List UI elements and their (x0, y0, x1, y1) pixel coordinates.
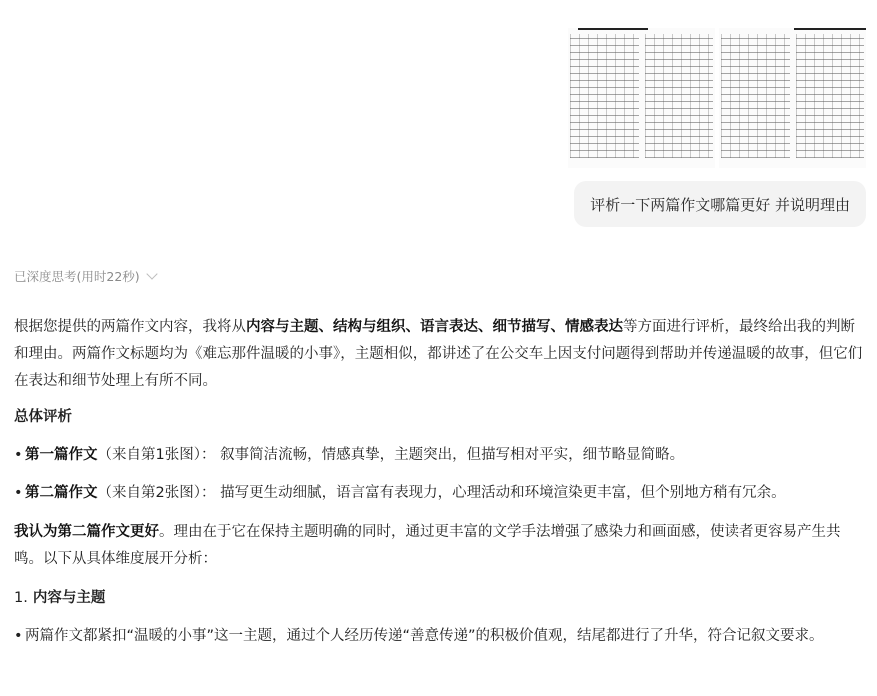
thinking-toggle[interactable]: 已深度思考(用时22秒) (14, 267, 156, 285)
essay-page (796, 34, 865, 158)
overall-heading: 总体评析 (14, 404, 864, 431)
scan-edge (578, 28, 648, 30)
attachments (556, 28, 866, 168)
bullet-icon: • (14, 480, 25, 507)
attachment-image-2[interactable] (719, 28, 866, 168)
intro-paragraph: 根据您提供的两篇作文内容，我将从内容与主题、结构与组织、语言表达、细节描写、情感… (14, 314, 864, 395)
bullet-icon: • (14, 623, 25, 650)
assistant-answer: 根据您提供的两篇作文内容，我将从内容与主题、结构与组织、语言表达、细节描写、情感… (14, 314, 864, 650)
user-message (556, 28, 866, 168)
essay-page (721, 34, 790, 158)
attachment-image-1[interactable] (568, 28, 715, 168)
chevron-down-icon (146, 268, 157, 279)
verdict-paragraph: 我认为第二篇作文更好。理由在于它在保持主题明确的同时，通过更丰富的文学手法增强了… (14, 519, 864, 573)
scan-edge (794, 28, 866, 30)
list-item: • 第二篇作文（来自第2张图）： 描写更生动细腻，语言富有表现力，心理活动和环境… (14, 480, 864, 507)
essay-page (645, 34, 714, 158)
bullet-icon: • (14, 442, 25, 469)
section-heading: 1. 内容与主题 (14, 585, 864, 612)
user-message-text: 评析一下两篇作文哪篇更好 并说明理由 (590, 194, 850, 215)
essay-page (570, 34, 639, 158)
list-item: • 两篇作文都紧扣“温暖的小事”这一主题，通过个人经历传递“善意传递”的积极价值… (14, 623, 864, 650)
thinking-status: 已深度思考(用时22秒) (14, 267, 140, 285)
user-message-bubble: 评析一下两篇作文哪篇更好 并说明理由 (574, 181, 866, 227)
list-item: • 第一篇作文（来自第1张图）： 叙事简洁流畅，情感真挚，主题突出，但描写相对平… (14, 442, 864, 469)
